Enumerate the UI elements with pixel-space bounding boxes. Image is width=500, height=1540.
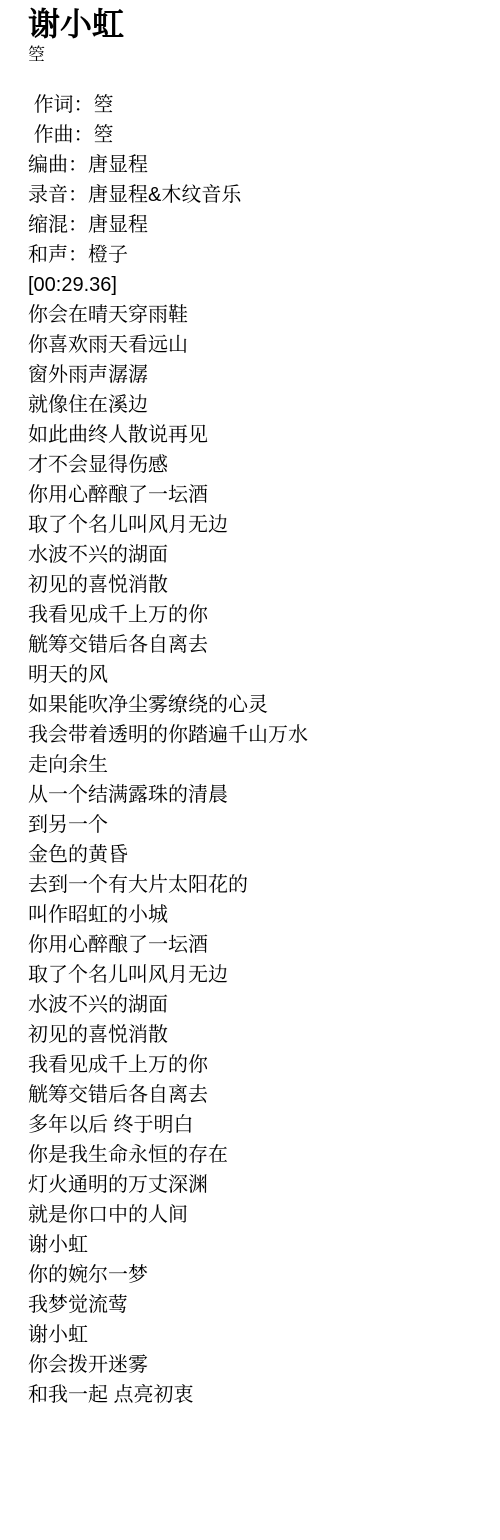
lyrics-line: 你喜欢雨天看远山 [28, 330, 490, 360]
lyrics-line: 取了个名儿叫风月无边 [28, 960, 490, 990]
lyrics-line: 水波不兴的湖面 [28, 990, 490, 1020]
lyrics-line: 你的婉尔一梦 [28, 1260, 490, 1290]
lyrics-line: 你用心醉酿了一坛酒 [28, 480, 490, 510]
lyrics-line: 窗外雨声潺潺 [28, 360, 490, 390]
lyrics-line: 作词：箜 [28, 90, 490, 120]
lyrics-line: 和声：橙子 [28, 240, 490, 270]
lyrics-line: 水波不兴的湖面 [28, 540, 490, 570]
lyrics-line: 初见的喜悦消散 [28, 1020, 490, 1050]
lyrics-line: 去到一个有大片太阳花的 [28, 870, 490, 900]
lyrics-line: 录音：唐显程&木纹音乐 [28, 180, 490, 210]
lyrics-line: 如果能吹净尘雾缭绕的心灵 [28, 690, 490, 720]
lyrics-line: 取了个名儿叫风月无边 [28, 510, 490, 540]
lyrics-line: 谢小虹 [28, 1320, 490, 1350]
song-title: 谢小虹 [28, 4, 490, 44]
lyrics-line: 灯火通明的万丈深渊 [28, 1170, 490, 1200]
lyrics-line: 从一个结满露珠的清晨 [28, 780, 490, 810]
lyrics-line: 觥筹交错后各自离去 [28, 630, 490, 660]
lyrics-line: 缩混：唐显程 [28, 210, 490, 240]
lyrics-line: 叫作昭虹的小城 [28, 900, 490, 930]
lyrics-line: 我梦觉流莺 [28, 1290, 490, 1320]
lyrics-line: 你会拨开迷雾 [28, 1350, 490, 1380]
lyrics-line: 才不会显得伤感 [28, 450, 490, 480]
lyrics-line: 谢小虹 [28, 1230, 490, 1260]
lyrics-line: 初见的喜悦消散 [28, 570, 490, 600]
artist-name: 箜 [28, 44, 490, 66]
lyrics-line: 和我一起 点亮初衷 [28, 1380, 490, 1410]
lyrics-line: 到另一个 [28, 810, 490, 840]
lyrics-line: [00:29.36] [28, 270, 490, 300]
lyrics-line: 你是我生命永恒的存在 [28, 1140, 490, 1170]
lyrics-line: 金色的黄昏 [28, 840, 490, 870]
lyrics-block: 作词：箜 作曲：箜编曲：唐显程录音：唐显程&木纹音乐缩混：唐显程和声：橙子[00… [28, 90, 490, 1410]
lyrics-line: 作曲：箜 [28, 120, 490, 150]
lyrics-line: 如此曲终人散说再见 [28, 420, 490, 450]
lyrics-line: 多年以后 终于明白 [28, 1110, 490, 1140]
lyrics-line: 就像住在溪边 [28, 390, 490, 420]
lyrics-line: 明天的风 [28, 660, 490, 690]
lyrics-line: 我看见成千上万的你 [28, 600, 490, 630]
lyrics-line: 你用心醉酿了一坛酒 [28, 930, 490, 960]
lyrics-line: 我看见成千上万的你 [28, 1050, 490, 1080]
lyrics-line: 我会带着透明的你踏遍千山万水 [28, 720, 490, 750]
lyrics-line: 你会在晴天穿雨鞋 [28, 300, 490, 330]
lyrics-line: 就是你口中的人间 [28, 1200, 490, 1230]
lyrics-line: 走向余生 [28, 750, 490, 780]
lyrics-line: 觥筹交错后各自离去 [28, 1080, 490, 1110]
lyrics-line: 编曲：唐显程 [28, 150, 490, 180]
lyrics-page: 谢小虹 箜 作词：箜 作曲：箜编曲：唐显程录音：唐显程&木纹音乐缩混：唐显程和声… [0, 0, 500, 1410]
